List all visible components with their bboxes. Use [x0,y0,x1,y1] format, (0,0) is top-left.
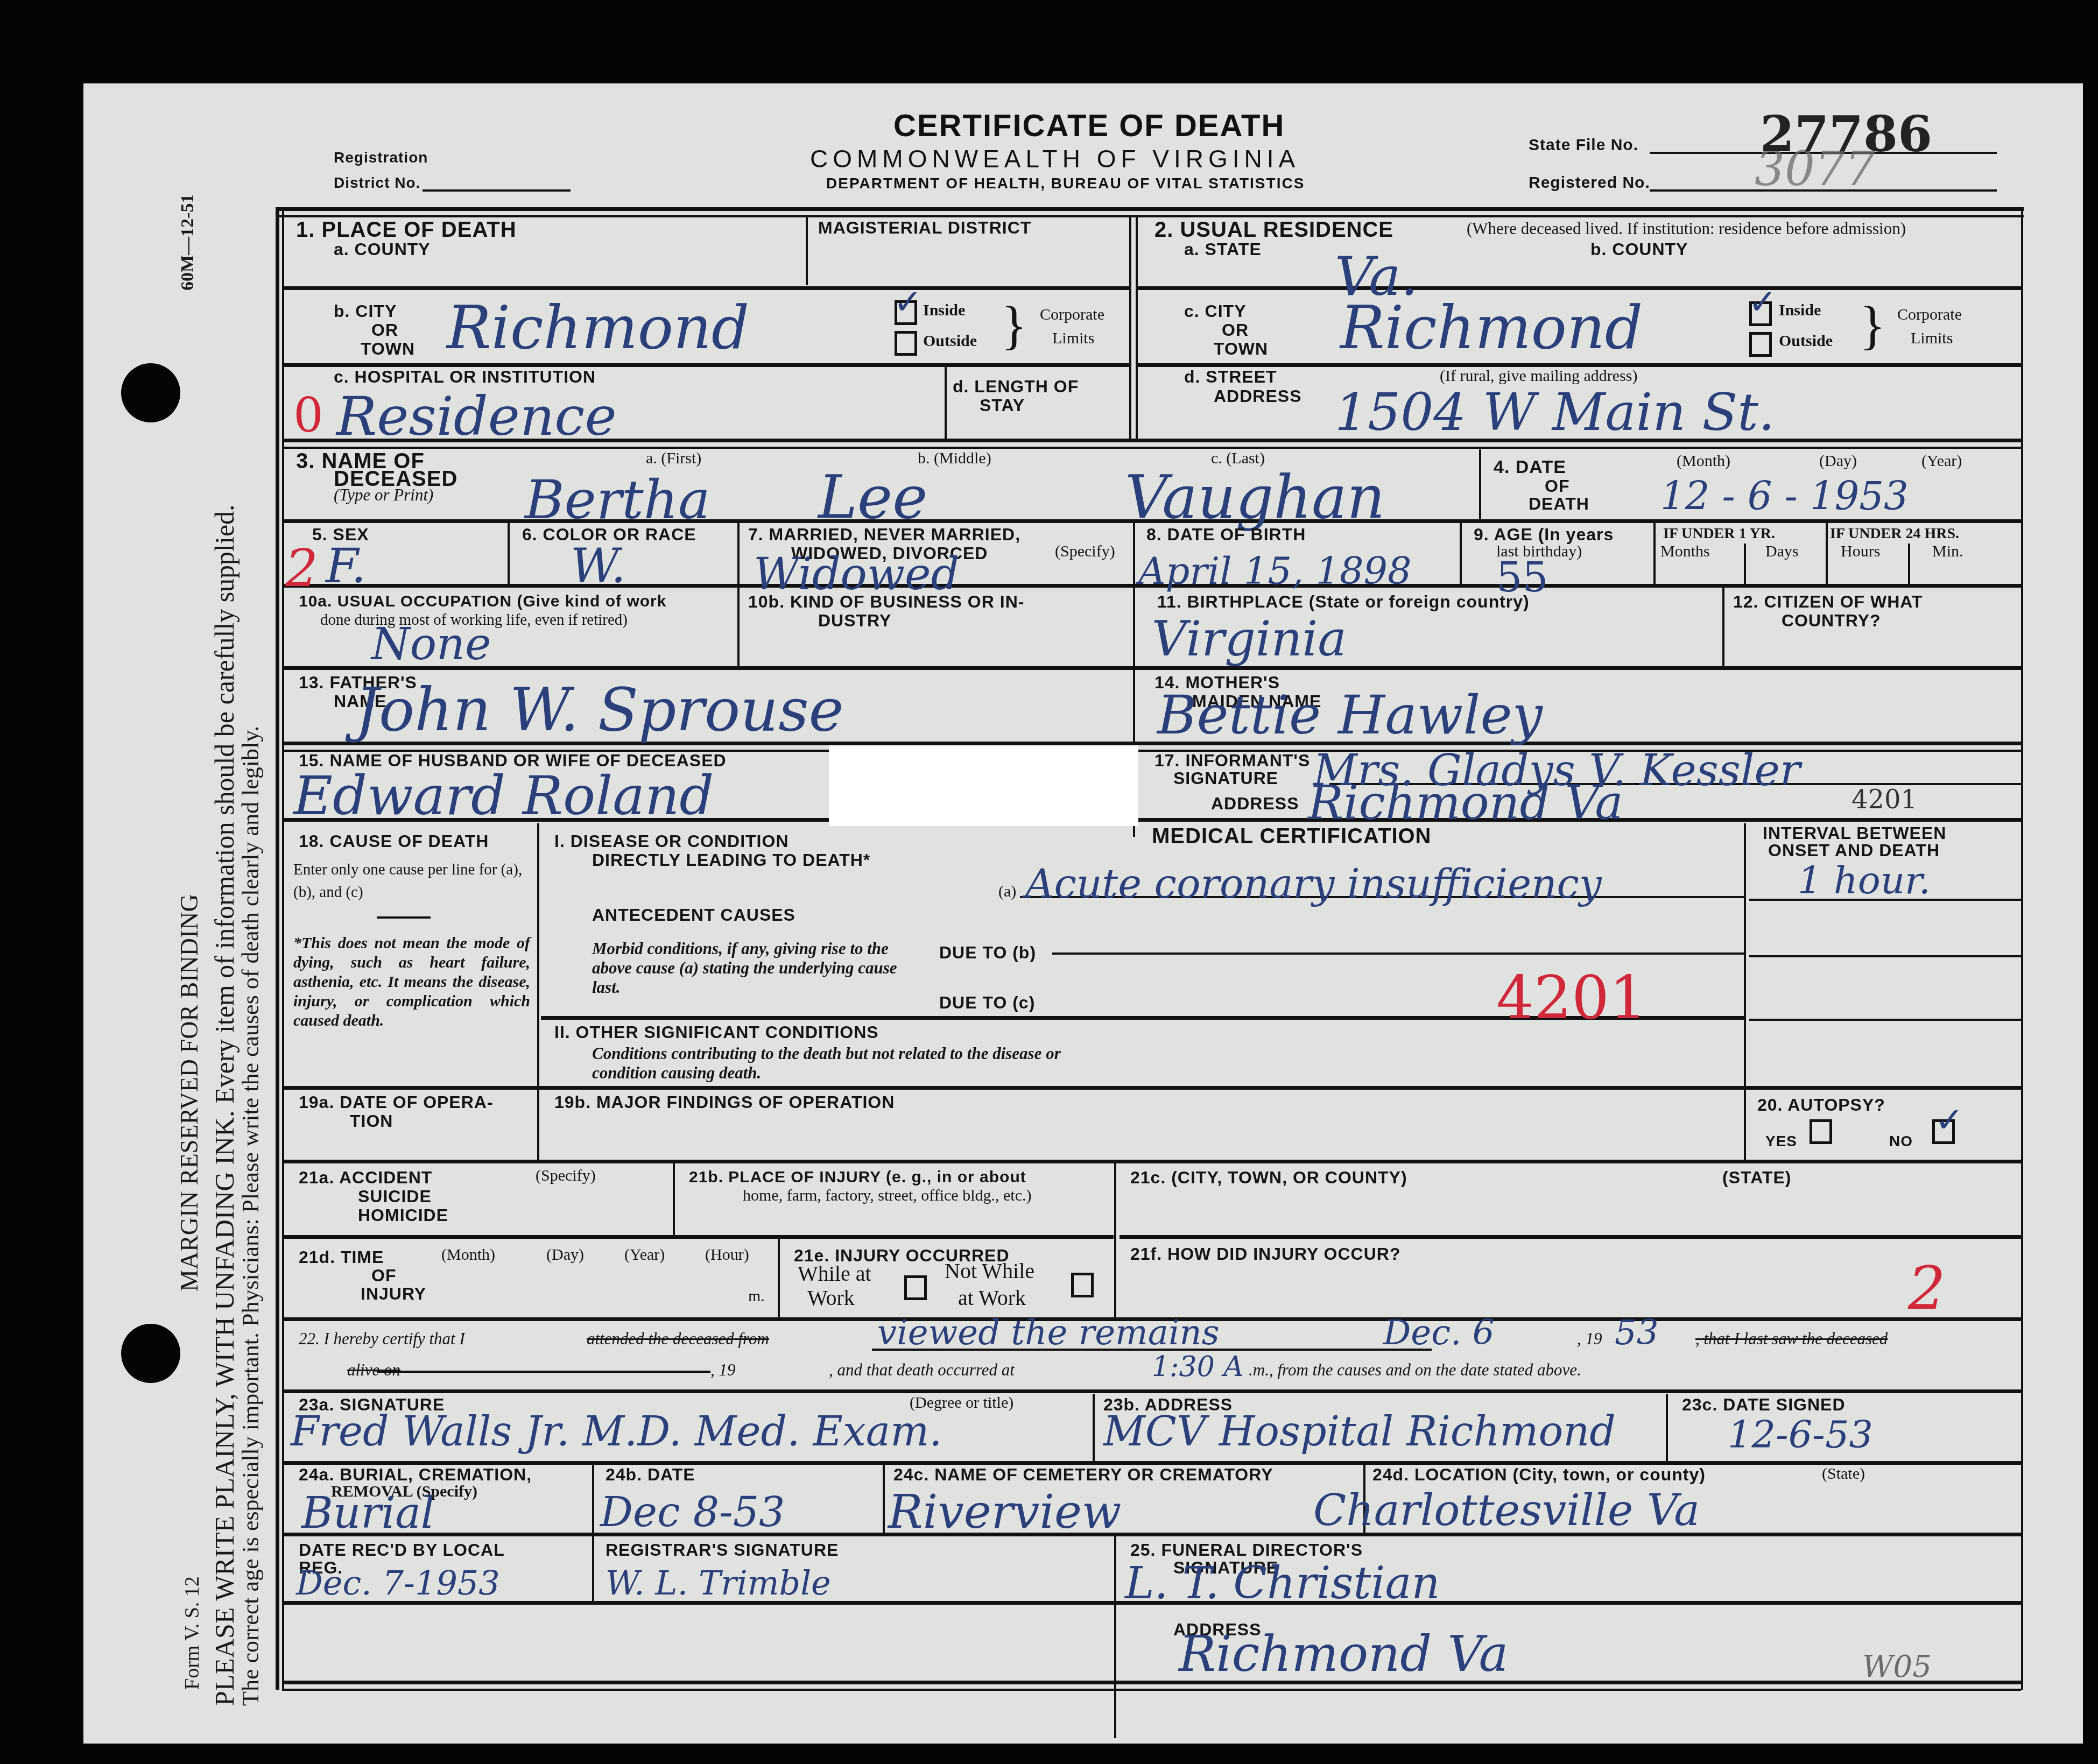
certify-struck-2: , that I last saw the deceased [1695,1329,1888,1349]
certify-blank-2 [377,1371,710,1373]
binding-notice: MARGIN RESERVED FOR BINDING [175,894,203,1292]
death-year-label: (Year) [1921,452,1962,470]
residence-inside-checkmark-icon: ✓ [1748,285,1777,320]
residence-corporate-label: Corporate [1897,306,1962,324]
place-outside-checkbox[interactable] [895,331,917,356]
funeral-director-label-1: 25. FUNERAL DIRECTOR'S [1130,1540,1363,1560]
under-1yr-label: IF UNDER 1 YR. [1663,525,1775,543]
residence-city-value[interactable]: Richmond [1340,293,1643,362]
form-top-border [276,207,2024,211]
injury-place-label-1: 21b. PLACE OF INJURY (e. g., in or about [689,1168,1026,1187]
form-number: Form V. S. 12 [180,1576,204,1690]
district-line [423,189,571,192]
state-file-number: 27786 [1760,105,1932,163]
certify-viewed-remains[interactable]: viewed the remains [877,1313,1219,1353]
occupation-label-1: 10a. USUAL OCCUPATION (Give kind of work [299,592,666,611]
cause-a-label: (a) [998,883,1016,901]
magisterial-district-label: MAGISTERIAL DISTRICT [818,218,1031,237]
autopsy-no-checkmark-icon: ✓ [1935,1103,1964,1138]
disease-label-2: DIRECTLY LEADING TO DEATH* [592,850,870,870]
place-brace: } [1001,299,1027,352]
accident-label-3: HOMICIDE [358,1205,448,1225]
certify-struck-alive: alive on [347,1360,400,1380]
divider-magisterial [806,215,808,285]
divider-under1-under24 [1826,522,1828,584]
redaction-block [829,745,1138,826]
divider-date-of-death [1479,449,1481,522]
form-bottom-border [282,1681,2021,1684]
state-file-label: State File No. [1529,136,1638,155]
funeral-director-signature[interactable]: L. T. Christian [1125,1558,1440,1609]
date-signed-label: 23c. DATE SIGNED [1682,1395,1845,1414]
street-label-2: ADDRESS [1214,386,1301,406]
divider-accident-place [673,1162,675,1235]
hospital-code: 0 [293,387,323,443]
divider-age-under1 [1653,522,1656,584]
injury-city-label: 21c. (CITY, TOWN, OR COUNTY) [1130,1168,1407,1187]
form-top-border-2 [276,215,2024,217]
certify-line2-suffix: .m., from the causes and on the date sta… [1249,1360,1581,1380]
residence-outside-checkbox[interactable] [1749,332,1772,357]
first-name-label: a. (First) [646,449,701,468]
burial-state-label: (State) [1822,1465,1865,1483]
injury-day-label: (Day) [546,1246,584,1264]
business-label-2: DUSTRY [818,611,891,630]
divider-length-of-stay [945,366,947,441]
print-code: 60M—12-51 [178,194,198,291]
divider-sig-address [1093,1394,1095,1463]
registrar-signature-label: REGISTRAR'S SIGNATURE [606,1540,839,1560]
certify-line2-19: , 19 [710,1360,736,1380]
department-label: DEPARTMENT OF HEALTH, BUREAU OF VITAL ST… [826,175,1305,192]
autopsy-label: 20. AUTOPSY? [1757,1095,1885,1114]
medical-certification-heading: MEDICAL CERTIFICATION [1152,824,1432,848]
injury-month-label: (Month) [441,1246,495,1264]
row-line-2r [1136,363,2021,367]
certify-death-time[interactable]: 1:30 A [1152,1351,1244,1383]
death-day-label: (Day) [1819,452,1857,470]
divider-place-residence [1129,215,1131,441]
mother-name-value[interactable]: Bettie Hawley [1157,683,1543,746]
certify-date[interactable]: Dec. 6 [1383,1313,1494,1353]
divider-address-date [1666,1394,1668,1463]
months-label: Months [1660,542,1710,561]
burial-label-1: 24a. BURIAL, CREMATION, [299,1465,532,1484]
injury-time-label-2: OF [371,1266,396,1285]
min-label: Min. [1932,542,1963,561]
date-signed-value[interactable]: 12-6-53 [1728,1413,1873,1457]
how-injury-label: 21f. HOW DID INJURY OCCUR? [1130,1244,1400,1264]
divider-sex-race [508,522,510,584]
divider-birthplace-citizen [1722,587,1724,667]
punch-hole-top [121,363,180,422]
burial-value[interactable]: Burial [301,1488,434,1538]
days-label: Days [1765,542,1799,561]
date-received-value[interactable]: Dec. 7-1953 [296,1563,500,1603]
date-of-death-value[interactable]: 12 - 6 - 1953 [1660,474,1909,519]
not-while-label-2: at Work [958,1289,1026,1307]
birthplace-label: 11. BIRTHPLACE (State or foreign country… [1157,592,1530,611]
usual-residence-note: (Where deceased lived. If institution: r… [1467,220,1906,238]
residence-state-label: a. STATE [1184,239,1262,259]
place-corporate-label: Corporate [1040,306,1104,324]
death-month-label: (Month) [1677,452,1730,470]
row-line-2 [282,363,1129,367]
certify-prefix: 22. I hereby certify that I [299,1329,465,1349]
birth-date-label: 8. DATE OF BIRTH [1146,525,1306,544]
middle-name-label: b. (Middle) [918,449,991,468]
punch-hole-bottom [121,1324,180,1383]
residence-county-label: b. COUNTY [1590,239,1688,259]
due-to-c-label: DUE TO (c) [939,993,1035,1012]
residence-city-label-1: c. CITY [1184,301,1246,321]
cemetery-label: 24c. NAME OF CEMETERY OR CREMATORY [893,1465,1273,1484]
length-of-stay-label-2: STAY [980,396,1025,415]
autopsy-no-label: NO [1889,1132,1913,1151]
row-line-1 [282,286,1129,290]
instruction-line-1: PLEASE WRITE PLAINLY, WITH UNFADING INK.… [209,504,240,1706]
birth-date-value[interactable]: April 15, 1898 [1138,549,1412,593]
place-outside-label: Outside [923,332,977,350]
cause-separator [377,916,431,919]
registrar-signature-value[interactable]: W. L. Trimble [606,1563,831,1603]
cause-instructions: Enter only one cause per line for (a), (… [293,858,530,904]
row-line-11r [1120,1235,2021,1239]
cause-a-value[interactable]: Acute coronary insufficiency [1025,861,1602,907]
row-line-14 [282,1461,2021,1465]
row-line-15 [282,1533,2021,1536]
antecedent-causes-label: ANTECEDENT CAUSES [592,905,795,925]
commonwealth-label: COMMONWEALTH OF VIRGINIA [810,144,1300,173]
not-while-at-work-checkbox[interactable] [1071,1273,1094,1297]
accident-label-2: SUICIDE [358,1187,432,1206]
marital-label-1: 7. MARRIED, NEVER MARRIED, [748,525,1020,544]
interval-label-2: ONSET AND DEATH [1768,841,1940,860]
injury-time-label-3: INJURY [361,1284,426,1303]
divider-date-cemetery [883,1464,885,1533]
operation-date-label-1: 19a. DATE OF OPERA- [299,1092,494,1112]
residence-brace: } [1860,299,1885,352]
usual-residence-heading: 2. USUAL RESIDENCE [1154,218,1393,242]
certificate-title: CERTIFICATE OF DEATH [893,108,1285,144]
divider-findings-autopsy [1744,1087,1746,1160]
age-label-1: 9. AGE (In years [1474,525,1614,544]
injury-red-code: 2 [1908,1254,1946,1323]
certify-struck-1: attended the deceased from [587,1329,769,1349]
physician-signature[interactable]: Fred Walls Jr. M.D. Med. Exam. [291,1407,942,1455]
divider-op-date-findings [537,1090,539,1160]
sex-value[interactable]: F. [326,538,366,594]
date-received-label-1: DATE REC'D BY LOCAL [299,1540,505,1560]
hours-label: Hours [1841,542,1880,561]
pencil-note: W05 [1862,1649,1932,1684]
not-while-label-1: Not While [945,1262,1034,1280]
injury-m-label: m. [748,1287,765,1306]
registration-label: Registration [334,148,428,167]
operation-findings-label: 19b. MAJOR FINDINGS OF OPERATION [554,1092,895,1112]
informant-code: 4201 [1851,785,1917,815]
first-name-value[interactable]: Bertha [525,468,710,531]
under-24hrs-label: IF UNDER 24 HRS. [1830,525,1959,543]
place-of-death-heading: 1. PLACE OF DEATH [296,218,517,242]
burial-date-label: 24b. DATE [606,1465,695,1484]
date-of-death-label-1: 4. DATE [1494,457,1566,477]
certify-year-value[interactable]: 53 [1615,1313,1658,1353]
physician-address-value[interactable]: MCV Hospital Richmond [1103,1407,1616,1455]
autopsy-yes-label: YES [1765,1132,1797,1151]
line-cause-b [1052,952,1744,955]
funeral-address-value[interactable]: Richmond Va [1179,1625,1508,1683]
informant-address-label: ADDRESS [1211,794,1299,813]
form-bottom-border-2 [282,1689,2021,1691]
line-interval-b [1749,955,2021,957]
spouse-name-value[interactable]: Edward Roland [293,764,714,827]
operation-date-label-2: TION [350,1111,393,1131]
divider-birth-age [1460,522,1462,584]
certify-year-prefix: , 19 [1577,1329,1602,1349]
form-left-border-inner [282,209,284,1690]
line-interval-d [1749,1086,2021,1088]
informant-label-2: SIGNATURE [1173,768,1278,788]
place-inside-label: Inside [923,301,965,320]
hospital-value[interactable]: Residence [336,385,617,448]
certify-line2-text: , and that death occurred at [829,1360,1015,1380]
divider-time-occurred [778,1238,780,1318]
informant-address-value[interactable]: Richmond Va [1308,775,1623,830]
cemetery-value[interactable]: Riverview [888,1485,1121,1539]
business-label-1: 10b. KIND OF BUSINESS OR IN- [748,592,1024,611]
residence-inside-label: Inside [1779,301,1821,320]
district-label: District No. [334,173,420,193]
form-right-border [2021,209,2023,1690]
divider-months-days [1744,544,1746,584]
street-value[interactable]: 1504 W Main St. [1335,382,1775,442]
citizen-label-1: 12. CITIZEN OF WHAT [1733,592,1923,611]
place-city-value[interactable]: Richmond [447,293,749,362]
place-city-label-2: OR [371,320,398,340]
while-at-work-checkbox[interactable] [904,1275,927,1300]
morbid-note: Morbid conditions, if any, giving rise t… [592,939,926,997]
injury-year-label: (Year) [624,1246,665,1264]
cause-of-death-label: 18. CAUSE OF DEATH [299,831,489,851]
line-interval-c [1749,1019,2021,1021]
disease-label-1: I. DISEASE OR CONDITION [554,831,788,851]
divider-registrar-funeral [1114,1536,1116,1738]
injury-state-label: (STATE) [1722,1168,1791,1187]
row-line-11 [282,1235,1114,1239]
row-line-10 [282,1160,2021,1163]
divider-place-city [1114,1162,1116,1318]
interval-label-1: INTERVAL BETWEEN [1763,823,1946,843]
cause-footnote: *This does not mean the mode of dying, s… [293,934,530,1031]
divider-hours-min [1908,544,1910,584]
form-left-border [276,209,279,1690]
county-label: a. COUNTY [334,239,431,259]
due-to-b-label: DUE TO (b) [939,943,1036,962]
hospital-label: c. HOSPITAL OR INSTITUTION [334,367,596,386]
marital-specify: (Specify) [1055,542,1115,561]
injury-place-label-2: home, farm, factory, street, office bldg… [743,1187,1031,1205]
residence-city-label-3: TOWN [1214,339,1268,358]
father-name-value[interactable]: John W. Sprouse [355,675,844,744]
place-city-label-3: TOWN [361,339,415,358]
divider-cause-disease [537,823,539,1087]
date-of-death-label-2: OF [1545,476,1569,496]
injury-hour-label: (Hour) [705,1246,749,1264]
instruction-line-2: The correct age is especially important.… [237,726,264,1706]
interval-value[interactable]: 1 hour. [1798,858,1931,902]
autopsy-yes-checkbox[interactable] [1810,1119,1832,1144]
birthplace-value[interactable]: Virginia [1152,611,1347,667]
date-of-death-label-3: DEATH [1529,494,1589,513]
cause-code: 4201 [1496,963,1647,1032]
while-at-work-label-2: Work [807,1289,855,1307]
sex-code: 2 [285,538,318,598]
accident-label-1: 21a. ACCIDENT [299,1168,432,1187]
length-of-stay-label-1: d. LENGTH OF [953,377,1079,396]
place-limits-label: Limits [1052,329,1094,348]
other-conditions-label: II. OTHER SIGNIFICANT CONDITIONS [554,1022,879,1042]
residence-limits-label: Limits [1911,329,1953,348]
injury-time-label-1: 21d. TIME [299,1247,384,1267]
street-label-1: d. STREET [1184,367,1277,386]
last-name-value[interactable]: Vaughan [1125,463,1385,532]
while-at-work-label-1: While at [798,1265,871,1283]
row-line-1r [1136,286,2021,290]
registered-label: Registered No. [1529,173,1650,193]
row-line-13 [282,1389,2021,1393]
location-value[interactable]: Charlottesville Va [1313,1485,1700,1535]
accident-specify: (Specify) [536,1167,596,1185]
informant-label-1: 17. INFORMANT'S [1154,751,1310,770]
citizen-label-2: COUNTRY? [1782,611,1881,630]
place-city-label-1: b. CITY [334,301,397,321]
race-value[interactable]: W. [571,538,626,594]
residence-city-label-2: OR [1222,320,1249,340]
place-inside-checkmark-icon: ✓ [893,285,923,320]
residence-outside-label: Outside [1779,332,1833,350]
divider-race-marital [737,522,740,667]
name-label-3: (Type or Print) [334,485,433,505]
middle-name-value[interactable]: Lee [818,463,927,532]
occupation-value[interactable]: None [371,619,491,670]
other-conditions-note: Conditions contributing to the death but… [592,1044,1076,1083]
divider-place-residence-2 [1136,215,1138,441]
burial-date-value[interactable]: Dec 8-53 [600,1488,785,1536]
location-label: 24d. LOCATION (City, town, or county) [1372,1465,1706,1484]
